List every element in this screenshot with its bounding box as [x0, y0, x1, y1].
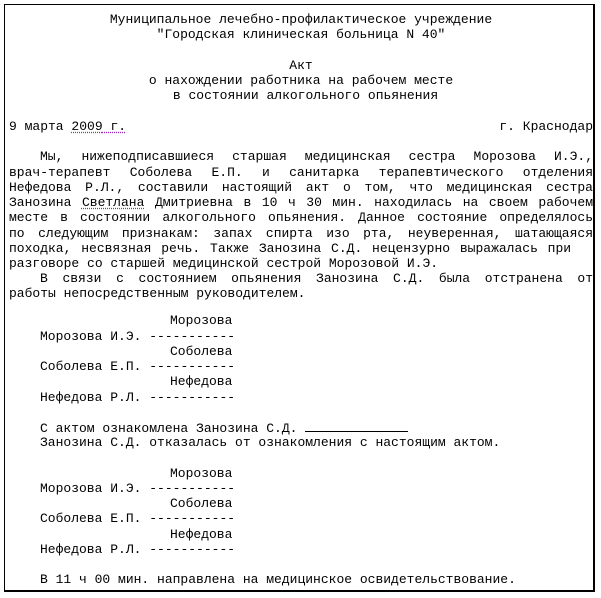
body-line-5: месте в состоянии алкогольного опьянения…: [9, 210, 593, 225]
signatory-row: Морозова И.Э. -----------: [40, 481, 235, 496]
date-suffix: г.: [110, 119, 126, 134]
institution-line-1: Муниципальное лечебно-профилактическое у…: [9, 12, 593, 27]
institution-line-2: "Городская клиническая больница N 40": [9, 27, 593, 42]
signature-line: -----------: [149, 329, 235, 344]
document-subtitle-1: о нахождении работника на рабочем месте: [9, 73, 593, 88]
signatory-row: Соболева Е.П. -----------: [40, 359, 235, 374]
signature-line: -----------: [149, 359, 235, 374]
signatory-name: Соболева Е.П.: [40, 511, 141, 526]
body-line-8: разговоре со старшей медицинской сестрой…: [9, 256, 593, 271]
signature-2-nefedova: Нефедова: [170, 527, 232, 542]
signatory-row: Морозова И.Э. -----------: [40, 329, 235, 344]
signatory-row: Нефедова Р.Л. -----------: [40, 390, 235, 405]
signature-1-nefedova: Нефедова: [170, 374, 232, 389]
refusal-note: Занозина С.Д. отказалась от ознакомления…: [40, 435, 500, 450]
body-line-10: работы непосредственным руководителем.: [9, 286, 593, 301]
signature-2-soboleva: Соболева: [170, 496, 232, 511]
signatory-name: Морозова И.Э.: [40, 329, 141, 344]
signature-line: -----------: [149, 542, 235, 557]
spellcheck-word: Светлана: [82, 195, 144, 210]
signature-line: -----------: [149, 481, 235, 496]
document-title: Акт: [9, 58, 593, 73]
signatory-name: Нефедова Р.Л.: [40, 390, 141, 405]
document-date: 9 марта 2009 г.: [9, 119, 126, 134]
body-line-9: В связи с состоянием опьянения Занозина …: [9, 271, 593, 286]
body-line-7: походка, несвязная речь. Также Занозина …: [9, 241, 593, 256]
signature-line: -----------: [149, 390, 235, 405]
acknowledgement-label: С актом ознакомлена Занозина С.Д.: [40, 421, 297, 436]
body-line-6: по следующим признакам: запах спирта изо…: [9, 226, 593, 241]
signatory-row: Соболева Е.П. -----------: [40, 511, 235, 526]
signature-1-soboleva: Соболева: [170, 344, 232, 359]
date-year: 2009: [71, 119, 102, 134]
body-text: Занозина: [9, 195, 71, 210]
signature-1-morozova: Морозова: [170, 313, 232, 328]
signatory-row: Нефедова Р.Л. -----------: [40, 542, 235, 557]
acknowledgement-row: С актом ознакомлена Занозина С.Д.: [40, 420, 408, 436]
acknowledgement-signature-blank: [305, 420, 408, 432]
signatory-name: Соболева Е.П.: [40, 359, 141, 374]
body-line-1: Мы, нижеподписавшиеся старшая медицинска…: [9, 149, 593, 164]
body-line-2: врач-терапевт Соболева Е.П. и санитарка …: [9, 165, 593, 180]
signature-2-morozova: Морозова: [170, 466, 232, 481]
document-subtitle-2: в состоянии алкогольного опьянения: [18, 88, 593, 103]
document-city: г. Краснодар: [499, 119, 593, 134]
date-city-row: 9 марта 2009 г. г. Краснодар: [9, 119, 593, 134]
medical-examination-note: В 11 ч 00 мин. направлена на медицинское…: [40, 572, 516, 587]
signature-line: -----------: [149, 511, 235, 526]
date-day-month: 9 марта: [9, 119, 64, 134]
signatory-name: Морозова И.Э.: [40, 481, 141, 496]
body-line-3: Нефедова Р.Л., составили настоящий акт о…: [9, 180, 593, 195]
body-text: Дмитриевна в 10 ч 30 мин. находилась на …: [155, 195, 593, 210]
signatory-name: Нефедова Р.Л.: [40, 542, 141, 557]
body-line-4: Занозина Светлана Дмитриевна в 10 ч 30 м…: [9, 195, 593, 210]
